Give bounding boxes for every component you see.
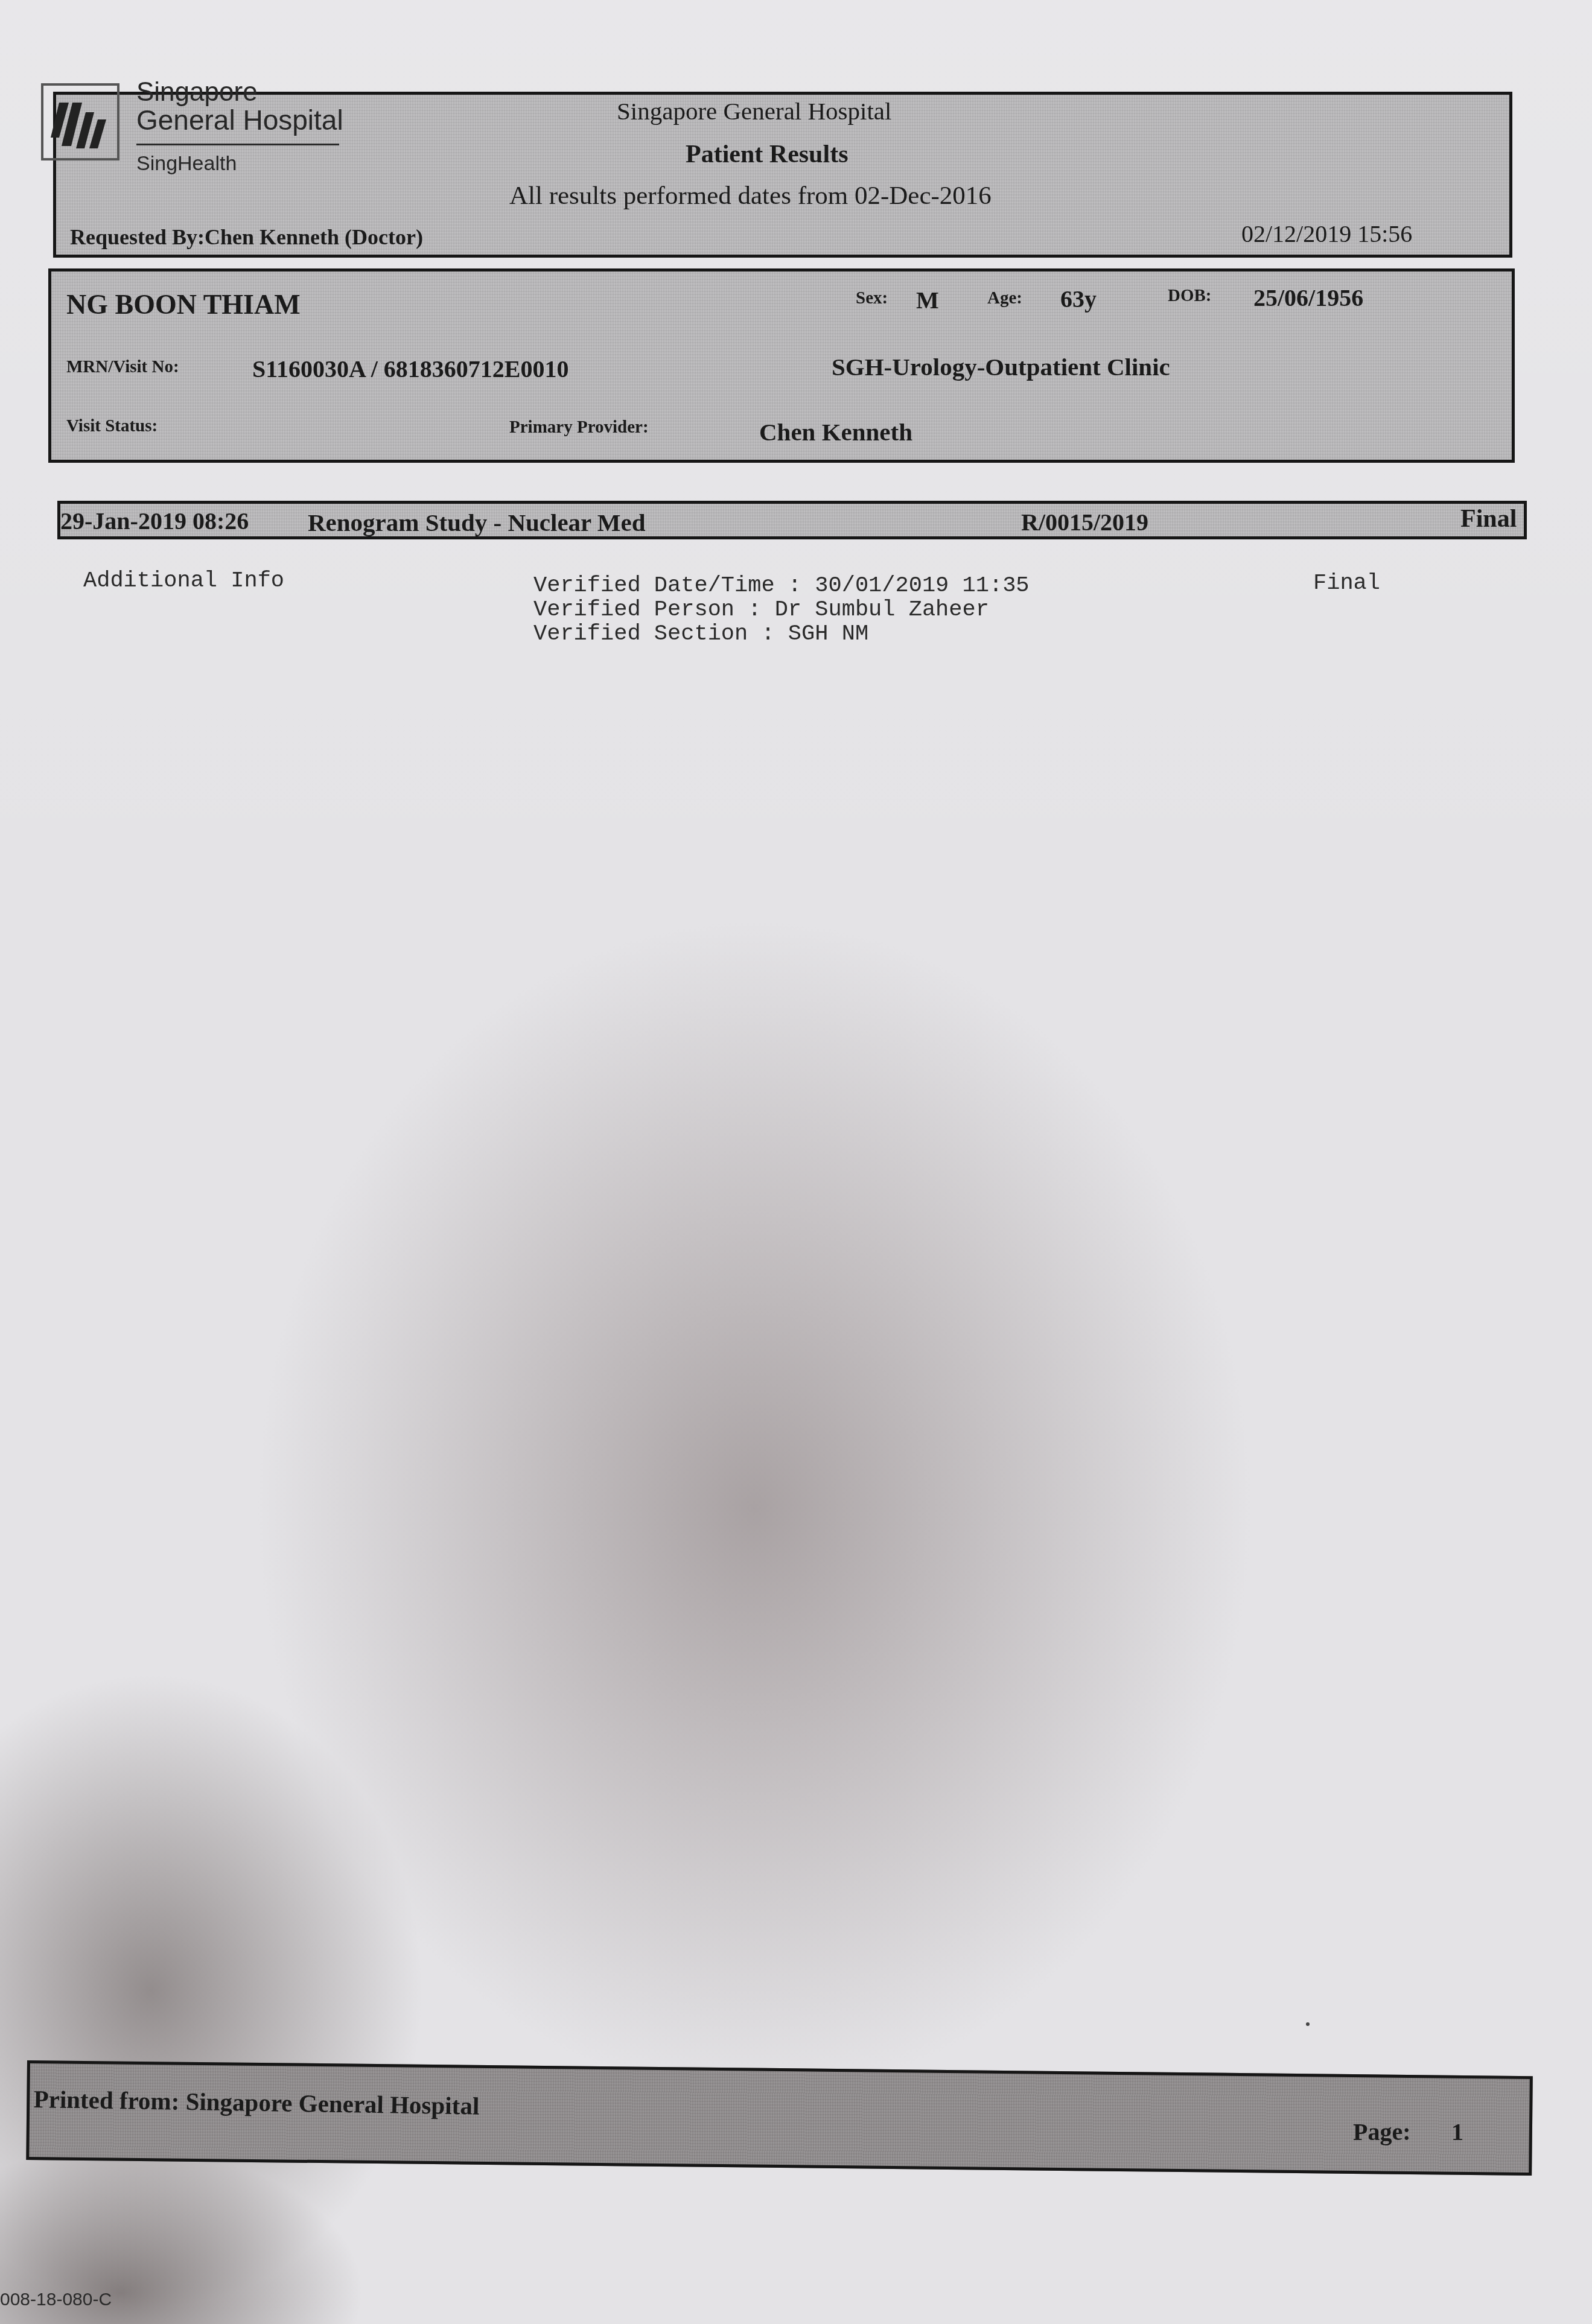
form-code: 008-18-080-C bbox=[0, 2290, 112, 2310]
sex-label: Sex: bbox=[856, 288, 888, 308]
dob-label: DOB: bbox=[1168, 286, 1212, 306]
detail-status: Final bbox=[1313, 571, 1380, 596]
mrn-visit-number: S1160030A / 6818360712E0010 bbox=[252, 355, 569, 383]
patient-name: NG BOON THIAM bbox=[66, 288, 301, 320]
hospital-name: Singapore General Hospital bbox=[617, 97, 891, 125]
verified-person: Verified Person : Dr Sumbul Zaheer bbox=[533, 597, 989, 623]
page-number: 1 bbox=[1451, 2118, 1463, 2146]
logo-text-general-hospital: General Hospital bbox=[136, 104, 343, 136]
print-datetime: 02/12/2019 15:56 bbox=[1241, 220, 1412, 248]
dob-value: 25/06/1956 bbox=[1253, 284, 1363, 312]
verified-datetime: Verified Date/Time : 30/01/2019 11:35 bbox=[533, 573, 1030, 598]
age-label: Age: bbox=[987, 288, 1022, 308]
clinic-name: SGH-Urology-Outpatient Clinic bbox=[832, 352, 1170, 381]
result-test-name: Renogram Study - Nuclear Med bbox=[308, 508, 646, 537]
logo-text-singhealth: SingHealth bbox=[136, 152, 237, 176]
logo-text-singapore: Singapore bbox=[136, 77, 258, 107]
requested-by: Requested By:Chen Kenneth (Doctor) bbox=[70, 224, 423, 250]
paper-speck bbox=[1306, 2022, 1310, 2026]
age-value: 63y bbox=[1060, 285, 1097, 313]
logo-divider bbox=[136, 144, 339, 145]
page-title: Patient Results bbox=[686, 140, 848, 169]
additional-info-label: Additional Info bbox=[83, 568, 284, 594]
footer-box bbox=[26, 2060, 1533, 2176]
result-status: Final bbox=[1460, 504, 1517, 533]
mrn-label: MRN/Visit No: bbox=[66, 357, 179, 377]
sgh-logo-icon bbox=[41, 83, 119, 160]
primary-provider-value: Chen Kenneth bbox=[759, 417, 912, 446]
result-header-bar bbox=[57, 501, 1527, 539]
visit-status-label: Visit Status: bbox=[66, 416, 158, 436]
primary-provider-label: Primary Provider: bbox=[509, 417, 649, 437]
sex-value: M bbox=[916, 286, 939, 314]
result-datetime: 29-Jan-2019 08:26 bbox=[60, 507, 249, 535]
page-label: Page: bbox=[1353, 2118, 1411, 2146]
date-range-note: All results performed dates from 02-Dec-… bbox=[509, 181, 992, 211]
result-accession-number: R/0015/2019 bbox=[1021, 508, 1148, 536]
verified-section: Verified Section : SGH NM bbox=[533, 621, 868, 647]
